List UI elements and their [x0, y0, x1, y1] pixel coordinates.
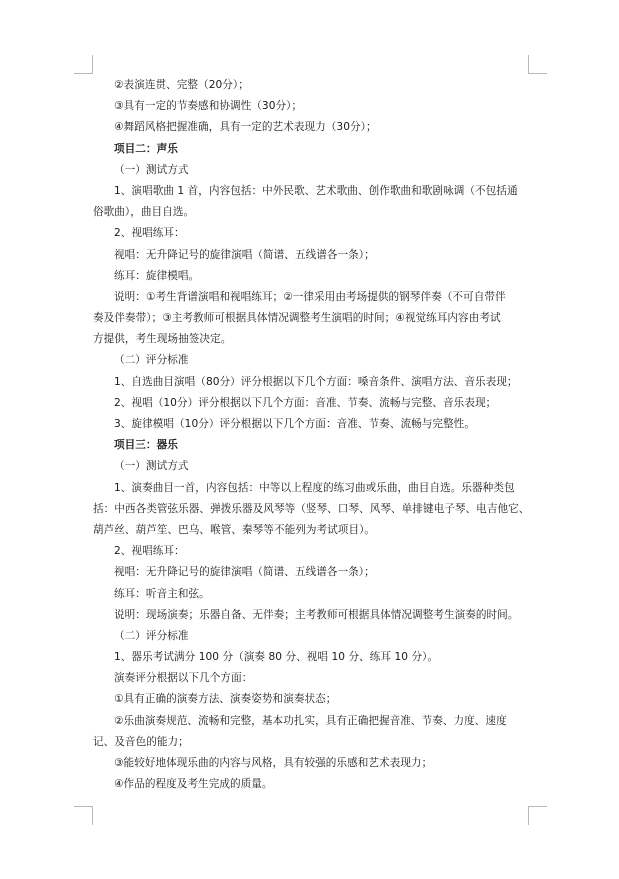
text-line: 1、自选曲目演唱（80分）评分根据以下几个方面：嗓音条件、演唱方法、音乐表现； — [93, 372, 529, 393]
section-heading: 项目二：声乐 — [93, 139, 529, 160]
text-line: 3、旋律模唱（10分）评分根据以下几个方面：音准、节奏、流畅与完整性。 — [93, 414, 529, 435]
text-line: 奏及伴奏带）；③主考教师可根据具体情况调整考生演唱的时间；④视觉练耳内容由考试 — [93, 308, 529, 329]
text-line: 视唱：无升降记号的旋律演唱（简谱、五线谱各一条）； — [93, 245, 529, 266]
text-line: 练耳：听音主和弦。 — [93, 584, 529, 605]
text-line: 说明：现场演奏；乐器自备、无伴奏；主考教师可根据具体情况调整考生演奏的时间。 — [93, 605, 529, 626]
text-line: 演奏评分根据以下几个方面： — [93, 668, 529, 689]
text-line: 2、视唱练耳： — [93, 223, 529, 244]
text-line: 记、及音色的能力； — [93, 732, 529, 753]
text-line: 说明：①考生背谱演唱和视唱练耳；②一律采用由考场提供的钢琴伴奏（不可自带伴 — [93, 287, 529, 308]
text-line: 2、视唱练耳： — [93, 541, 529, 562]
page-corner-mark-bottom-left — [74, 806, 93, 825]
text-line: ③具有一定的节奏感和协调性（30分）； — [93, 96, 529, 117]
text-line: ④舞蹈风格把握准确，具有一定的艺术表现力（30分）； — [93, 117, 529, 138]
text-line: 1、器乐考试满分 100 分（演奏 80 分、视唱 10 分、练耳 10 分）。 — [93, 647, 529, 668]
subsection-heading: （一）测试方式 — [93, 456, 529, 477]
subsection-heading: （一）测试方式 — [93, 160, 529, 181]
text-line: ③能较好地体现乐曲的内容与风格，具有较强的乐感和艺术表现力； — [93, 753, 529, 774]
text-line: 视唱：无升降记号的旋律演唱（简谱、五线谱各一条）； — [93, 562, 529, 583]
text-line: ①具有正确的演奏方法、演奏姿势和演奏状态； — [93, 689, 529, 710]
text-line: 方提供，考生现场抽签决定。 — [93, 329, 529, 350]
section-heading: 项目三：器乐 — [93, 435, 529, 456]
subsection-heading: （二）评分标准 — [93, 626, 529, 647]
text-line: 1、演唱歌曲 1 首，内容包括：中外民歌、艺术歌曲、创作歌曲和歌剧咏调（不包括通 — [93, 181, 529, 202]
text-line: ②乐曲演奏规范、流畅和完整，基本功扎实，具有正确把握音准、节奏、力度、速度 — [93, 711, 529, 732]
text-line: 俗歌曲），曲目自选。 — [93, 202, 529, 223]
subsection-heading: （二）评分标准 — [93, 350, 529, 371]
text-line: 2、视唱（10分）评分根据以下几个方面：音准、节奏、流畅与完整、音乐表现； — [93, 393, 529, 414]
text-line: ②表演连贯、完整（20分）； — [93, 75, 529, 96]
document-page: ②表演连贯、完整（20分）； ③具有一定的节奏感和协调性（30分）； ④舞蹈风格… — [93, 75, 529, 795]
text-line: 练耳：旋律模唱。 — [93, 266, 529, 287]
text-line: 括：中西各类管弦乐器、弹拨乐器及风琴等（竖琴、口琴、风琴、单排键电子琴、电吉他它… — [93, 499, 529, 520]
text-line: 1、演奏曲目一首，内容包括：中等以上程度的练习曲或乐曲，曲目自选。乐器种类包 — [93, 478, 529, 499]
text-line: 葫芦丝、葫芦笙、巴乌、喉管、秦琴等不能列为考试项目）。 — [93, 520, 529, 541]
page-corner-mark-bottom-right — [528, 806, 547, 825]
page-corner-mark-top-left — [74, 55, 93, 74]
page-corner-mark-top-right — [528, 55, 547, 74]
text-line: ④作品的程度及考生完成的质量。 — [93, 774, 529, 795]
